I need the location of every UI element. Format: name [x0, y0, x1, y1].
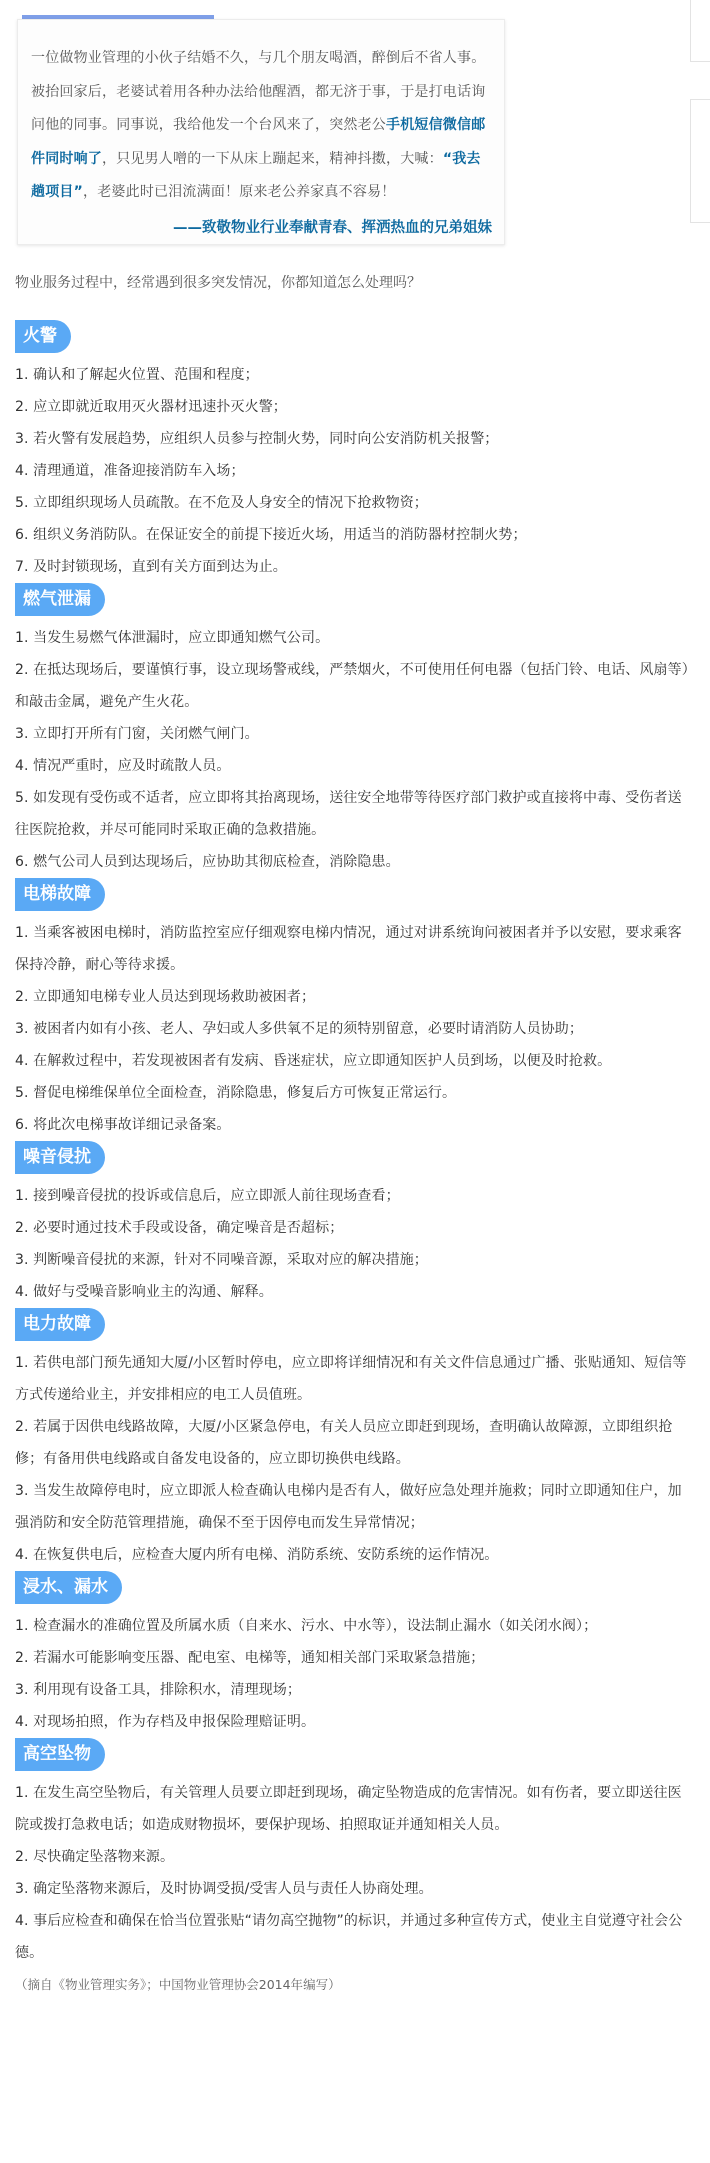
list-item: 6. 燃气公司人员到达现场后，应协助其彻底检查，消除隐患。 — [15, 846, 695, 878]
side-panel-middle — [690, 99, 710, 223]
list-item: 4. 做好与受噪音影响业主的沟通、解释。 — [15, 1276, 695, 1308]
list-item: 4. 情况严重时，应及时疏散人员。 — [15, 750, 695, 782]
list-item: 3. 若火警有发展趋势，应组织人员参与控制火势，同时向公安消防机关报警； — [15, 423, 695, 455]
emergency-sections: 火警1. 确认和了解起火位置、范围和程度；2. 应立即就近取用灭火器材迅速扑灭火… — [15, 320, 695, 1995]
list-item: 4. 在解救过程中，若发现被困者有发病、昏迷症状，应立即通知医护人员到场，以便及… — [15, 1045, 695, 1077]
section-0: 火警1. 确认和了解起火位置、范围和程度；2. 应立即就近取用灭火器材迅速扑灭火… — [15, 320, 695, 583]
section-title-badge: 浸水、漏水 — [15, 1571, 122, 1604]
quote-text: 一位做物业管理的小伙子结婚不久，与几个朋友喝酒，醉倒后不省人事。被抬回家后，老婆… — [31, 42, 493, 210]
section-title-badge: 噪音侵扰 — [15, 1141, 105, 1174]
list-item: 5. 如发现有受伤或不适者，应立即将其抬离现场，送往安全地带等待医疗部门救护或直… — [15, 782, 695, 846]
list-item: 1. 确认和了解起火位置、范围和程度； — [15, 359, 695, 391]
list-item: 3. 被困者内如有小孩、老人、孕妇或人多供氧不足的须特别留意，必要时请消防人员协… — [15, 1013, 695, 1045]
side-panel-top — [690, 0, 710, 62]
list-item: 1. 检查漏水的准确位置及所属水质（自来水、污水、中水等），设法制止漏水（如关闭… — [15, 1610, 695, 1642]
list-item: 2. 尽快确定坠落物来源。 — [15, 1841, 695, 1873]
list-item: 2. 在抵达现场后，要谨慎行事，设立现场警戒线，严禁烟火，不可使用任何电器（包括… — [15, 654, 695, 718]
list-item: 1. 在发生高空坠物后，有关管理人员要立即赶到现场，确定坠物造成的危害情况。如有… — [15, 1777, 695, 1841]
section-4: 电力故障1. 若供电部门预先通知大厦/小区暂时停电，应立即将详细情况和有关文件信… — [15, 1308, 695, 1571]
list-item: 5. 督促电梯维保单位全面检查，消除隐患，修复后方可恢复正常运行。 — [15, 1077, 695, 1109]
list-item: 1. 接到噪音侵扰的投诉或信息后，应立即派人前往现场查看； — [15, 1180, 695, 1212]
list-item: 5. 立即组织现场人员疏散。在不危及人身安全的情况下抢救物资； — [15, 487, 695, 519]
section-title-badge: 燃气泄漏 — [15, 583, 105, 616]
section-1: 燃气泄漏1. 当发生易燃气体泄漏时，应立即通知燃气公司。2. 在抵达现场后，要谨… — [15, 583, 695, 878]
quote-signature: ——致敬物业行业奉献青春、挥洒热血的兄弟姐妹 — [173, 216, 492, 237]
quote-text-part: ，老婆此时已泪流满面！原来老公养家真不容易！ — [83, 184, 395, 200]
quote-text-part: ，只见男人噌的一下从床上蹦起来，精神抖擞，大喊： — [102, 151, 443, 167]
section-3: 噪音侵扰1. 接到噪音侵扰的投诉或信息后，应立即派人前往现场查看；2. 必要时通… — [15, 1141, 695, 1308]
section-title-badge: 火警 — [15, 320, 71, 353]
section-title-badge: 电梯故障 — [15, 878, 105, 911]
list-item: 3. 当发生故障停电时，应立即派人检查确认电梯内是否有人，做好应急处理并施救；同… — [15, 1475, 695, 1539]
section-2: 电梯故障1. 当乘客被困电梯时，消防监控室应仔细观察电梯内情况，通过对讲系统询问… — [15, 878, 695, 1141]
list-item: 2. 若属于因供电线路故障，大厦/小区紧急停电，有关人员应立即赶到现场，查明确认… — [15, 1411, 695, 1475]
list-item: 7. 及时封锁现场，直到有关方面到达为止。 — [15, 551, 695, 583]
list-item: 3. 利用现有设备工具，排除积水，清理现场； — [15, 1674, 695, 1706]
list-item: 3. 判断噪音侵扰的来源，针对不同噪音源，采取对应的解决措施； — [15, 1244, 695, 1276]
source-citation: （摘自《物业管理实务》；中国物业管理协会2014年编写） — [15, 1975, 695, 1995]
list-item: 4. 事后应检查和确保在恰当位置张贴“请勿高空抛物”的标识，并通过多种宣传方式，… — [15, 1905, 695, 1969]
list-item: 1. 若供电部门预先通知大厦/小区暂时停电，应立即将详细情况和有关文件信息通过广… — [15, 1347, 695, 1411]
list-item: 6. 组织义务消防队。在保证安全的前提下接近火场，用适当的消防器材控制火势； — [15, 519, 695, 551]
list-item: 2. 若漏水可能影响变压器、配电室、电梯等，通知相关部门采取紧急措施； — [15, 1642, 695, 1674]
list-item: 2. 必要时通过技术手段或设备，确定噪音是否超标； — [15, 1212, 695, 1244]
intro-question: 物业服务过程中，经常遇到很多突发情况，你都知道怎么处理吗？ — [15, 272, 421, 292]
section-title-badge: 高空坠物 — [15, 1738, 105, 1771]
list-item: 2. 应立即就近取用灭火器材迅速扑灭火警； — [15, 391, 695, 423]
list-item: 4. 清理通道，准备迎接消防车入场； — [15, 455, 695, 487]
list-item: 3. 确定坠落物来源后，及时协调受损/受害人员与责任人协商处理。 — [15, 1873, 695, 1905]
list-item: 1. 当发生易燃气体泄漏时，应立即通知燃气公司。 — [15, 622, 695, 654]
list-item: 2. 立即通知电梯专业人员达到现场救助被困者； — [15, 981, 695, 1013]
quote-card: 一位做物业管理的小伙子结婚不久，与几个朋友喝酒，醉倒后不省人事。被抬回家后，老婆… — [17, 19, 505, 245]
list-item: 3. 立即打开所有门窗，关闭燃气闸门。 — [15, 718, 695, 750]
list-item: 6. 将此次电梯事故详细记录备案。 — [15, 1109, 695, 1141]
list-item: 4. 对现场拍照，作为存档及申报保险理赔证明。 — [15, 1706, 695, 1738]
list-item: 1. 当乘客被困电梯时，消防监控室应仔细观察电梯内情况，通过对讲系统询问被困者并… — [15, 917, 695, 981]
section-6: 高空坠物1. 在发生高空坠物后，有关管理人员要立即赶到现场，确定坠物造成的危害情… — [15, 1738, 695, 1969]
list-item: 4. 在恢复供电后，应检查大厦内所有电梯、消防系统、安防系统的运作情况。 — [15, 1539, 695, 1571]
section-5: 浸水、漏水1. 检查漏水的准确位置及所属水质（自来水、污水、中水等），设法制止漏… — [15, 1571, 695, 1738]
section-title-badge: 电力故障 — [15, 1308, 105, 1341]
